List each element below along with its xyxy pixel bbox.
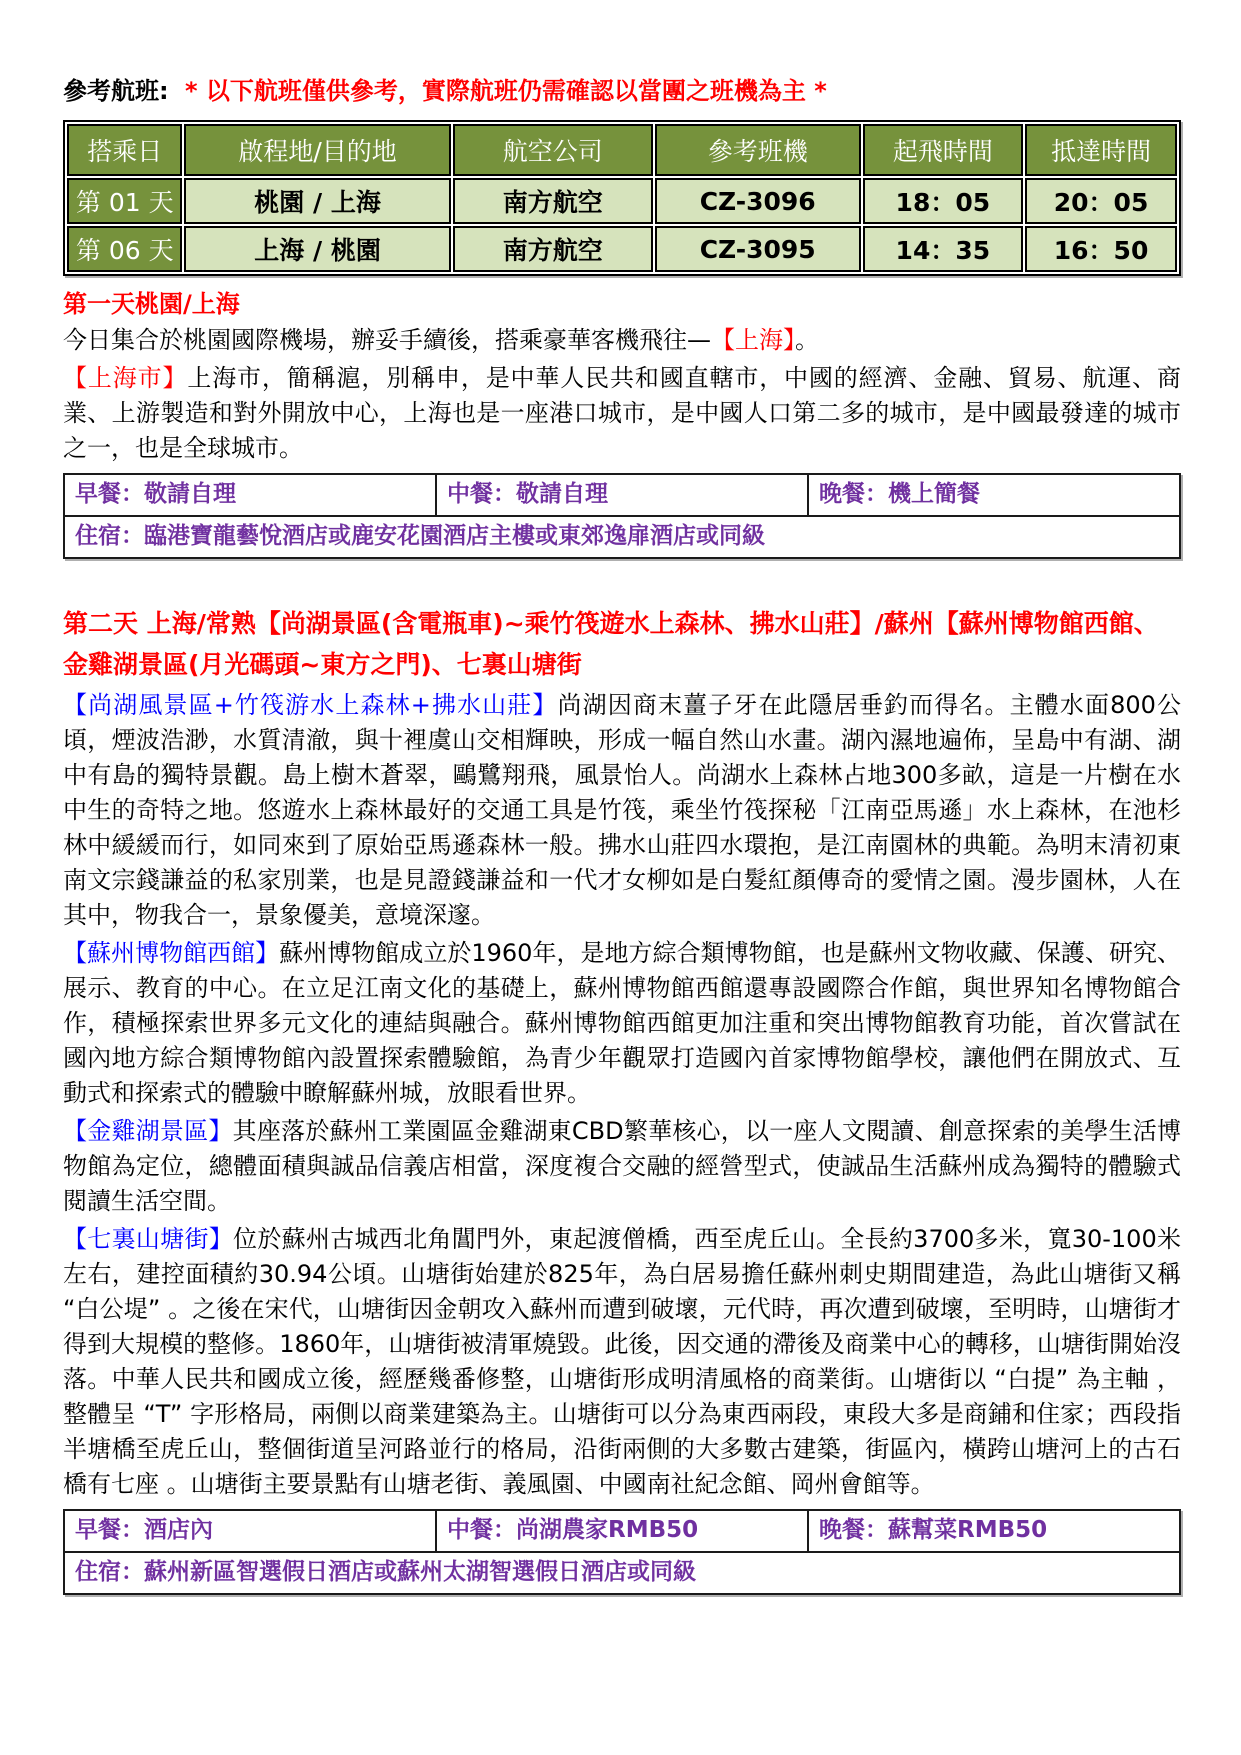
day2-hotel: 住宿：蘇州新區智選假日酒店或蘇州太湖智選假日酒店或同級 bbox=[64, 1552, 1180, 1594]
flight-day: 第 01 天 bbox=[67, 178, 182, 224]
flight-table-head: 搭乘日 啟程地/目的地 航空公司 參考班機 起飛時間 抵達時間 bbox=[67, 124, 1177, 176]
flight-departure: 14：35 bbox=[863, 226, 1024, 272]
flight-section-header: 參考航班: * 以下航班僅供參考，實際航班仍需確認以當團之班機為主 * bbox=[63, 76, 1181, 106]
day2-dinner: 晚餐：蘇幫菜RMB50 bbox=[808, 1510, 1180, 1552]
flight-table-body: 第 01 天 桃園 / 上海 南方航空 CZ-3096 18：05 20：05 … bbox=[67, 178, 1177, 272]
flight-arrival: 20：05 bbox=[1025, 178, 1177, 224]
day1-intro-period: 。 bbox=[795, 326, 819, 354]
col-header-departure: 起飛時間 bbox=[863, 124, 1024, 176]
day1-breakfast: 早餐：敬請自理 bbox=[64, 474, 436, 516]
flight-table-header-row: 搭乘日 啟程地/目的地 航空公司 參考班機 起飛時間 抵達時間 bbox=[67, 124, 1177, 176]
shanghu-tag: 【尚湖風景區+竹筏游水上森林+拂水山莊】 bbox=[63, 691, 558, 719]
shanghu-text: 尚湖因商末薑子牙在此隱居垂釣而得名。主體水面800公頃，煙波浩渺，水質清澈，與十… bbox=[63, 691, 1181, 929]
flight-departure: 18：05 bbox=[863, 178, 1024, 224]
itinerary-page: 參考航班: * 以下航班僅供參考，實際航班仍需確認以當團之班機為主 * 搭乘日 … bbox=[0, 0, 1241, 1755]
flight-row-day06: 第 06 天 上海 / 桃園 南方航空 CZ-3095 14：35 16：50 bbox=[67, 226, 1177, 272]
day2-lunch: 中餐：尚湖農家RMB50 bbox=[436, 1510, 808, 1552]
shanghai-city-tag: 【上海市】 bbox=[63, 364, 187, 392]
jinji-lake-tag: 【金雞湖景區】 bbox=[63, 1117, 233, 1145]
flight-header-notice: * 以下航班僅供參考，實際航班仍需確認以當團之班機為主 * bbox=[185, 77, 827, 105]
col-header-flight-no: 參考班機 bbox=[655, 124, 861, 176]
flight-airline: 南方航空 bbox=[453, 178, 653, 224]
day1-hotel-row: 住宿：臨港寶龍藝悅酒店或鹿安花園酒店主樓或東郊逸扉酒店或同級 bbox=[64, 516, 1180, 558]
suzhou-museum-tag: 【蘇州博物館西館】 bbox=[63, 939, 279, 967]
day1-lunch: 中餐：敬請自理 bbox=[436, 474, 808, 516]
flight-route: 桃園 / 上海 bbox=[184, 178, 450, 224]
day2-breakfast: 早餐：酒店內 bbox=[64, 1510, 436, 1552]
day2-sections: 【尚湖風景區+竹筏游水上森林+拂水山莊】尚湖因商末薑子牙在此隱居垂釣而得名。主體… bbox=[63, 688, 1181, 1502]
day2-meals-row: 早餐：酒店內 中餐：尚湖農家RMB50 晚餐：蘇幫菜RMB50 bbox=[64, 1510, 1180, 1552]
shantang-street-text: 位於蘇州古城西北角閶門外，東起渡僧橋，西至虎丘山。全長約3700多米，寬30-1… bbox=[63, 1225, 1181, 1498]
col-header-arrival: 抵達時間 bbox=[1025, 124, 1177, 176]
flight-table: 搭乘日 啟程地/目的地 航空公司 參考班機 起飛時間 抵達時間 第 01 天 桃… bbox=[63, 120, 1181, 276]
col-header-route: 啟程地/目的地 bbox=[184, 124, 450, 176]
flight-header-label: 參考航班: bbox=[63, 77, 169, 105]
day1-intro-destination: 【上海】 bbox=[711, 326, 795, 354]
shanghu-paragraph: 【尚湖風景區+竹筏游水上森林+拂水山莊】尚湖因商末薑子牙在此隱居垂釣而得名。主體… bbox=[63, 688, 1181, 933]
flight-arrival: 16：50 bbox=[1025, 226, 1177, 272]
flight-route: 上海 / 桃園 bbox=[184, 226, 450, 272]
day1-hotel: 住宿：臨港寶龍藝悅酒店或鹿安花園酒店主樓或東郊逸扉酒店或同級 bbox=[64, 516, 1180, 558]
day1-intro-paragraph: 今日集合於桃園國際機場，辦妥手續後，搭乘豪華客機飛往—【上海】。 bbox=[63, 323, 1181, 358]
suzhou-museum-paragraph: 【蘇州博物館西館】蘇州博物館成立於1960年，是地方綜合類博物館，也是蘇州文物收… bbox=[63, 936, 1181, 1111]
flight-number: CZ-3096 bbox=[655, 178, 861, 224]
col-header-airline: 航空公司 bbox=[453, 124, 653, 176]
flight-number: CZ-3095 bbox=[655, 226, 861, 272]
day1-title: 第一天桃園/上海 bbox=[63, 288, 1181, 320]
day1-meals-row: 早餐：敬請自理 中餐：敬請自理 晚餐：機上簡餐 bbox=[64, 474, 1180, 516]
day2-hotel-row: 住宿：蘇州新區智選假日酒店或蘇州太湖智選假日酒店或同級 bbox=[64, 1552, 1180, 1594]
day2-meal-table: 早餐：酒店內 中餐：尚湖農家RMB50 晚餐：蘇幫菜RMB50 住宿：蘇州新區智… bbox=[63, 1509, 1181, 1595]
day1-intro-text: 今日集合於桃園國際機場，辦妥手續後，搭乘豪華客機飛往— bbox=[63, 326, 711, 354]
day2-title: 第二天 上海/常熟【尚湖景區(含電瓶車)~乘竹筏遊水上森林、拂水山莊】/蘇州【蘇… bbox=[63, 603, 1181, 685]
day1-meal-table: 早餐：敬請自理 中餐：敬請自理 晚餐：機上簡餐 住宿：臨港寶龍藝悅酒店或鹿安花園… bbox=[63, 473, 1181, 559]
day1-shanghai-paragraph: 【上海市】上海市，簡稱滬，別稱申，是中華人民共和國直轄市，中國的經濟、金融、貿易… bbox=[63, 361, 1181, 466]
shantang-street-paragraph: 【七裏山塘街】位於蘇州古城西北角閶門外，東起渡僧橋，西至虎丘山。全長約3700多… bbox=[63, 1222, 1181, 1502]
shanghai-city-text: 上海市，簡稱滬，別稱申，是中華人民共和國直轄市，中國的經濟、金融、貿易、航運、商… bbox=[63, 364, 1181, 462]
flight-day: 第 06 天 bbox=[67, 226, 182, 272]
flight-row-day01: 第 01 天 桃園 / 上海 南方航空 CZ-3096 18：05 20：05 bbox=[67, 178, 1177, 224]
col-header-boarding-day: 搭乘日 bbox=[67, 124, 182, 176]
day1-dinner: 晚餐：機上簡餐 bbox=[808, 474, 1180, 516]
shantang-street-tag: 【七裏山塘街】 bbox=[63, 1225, 233, 1253]
flight-airline: 南方航空 bbox=[453, 226, 653, 272]
jinji-lake-paragraph: 【金雞湖景區】其座落於蘇州工業園區金雞湖東CBD繁華核心，以一座人文閱讀、創意探… bbox=[63, 1114, 1181, 1219]
